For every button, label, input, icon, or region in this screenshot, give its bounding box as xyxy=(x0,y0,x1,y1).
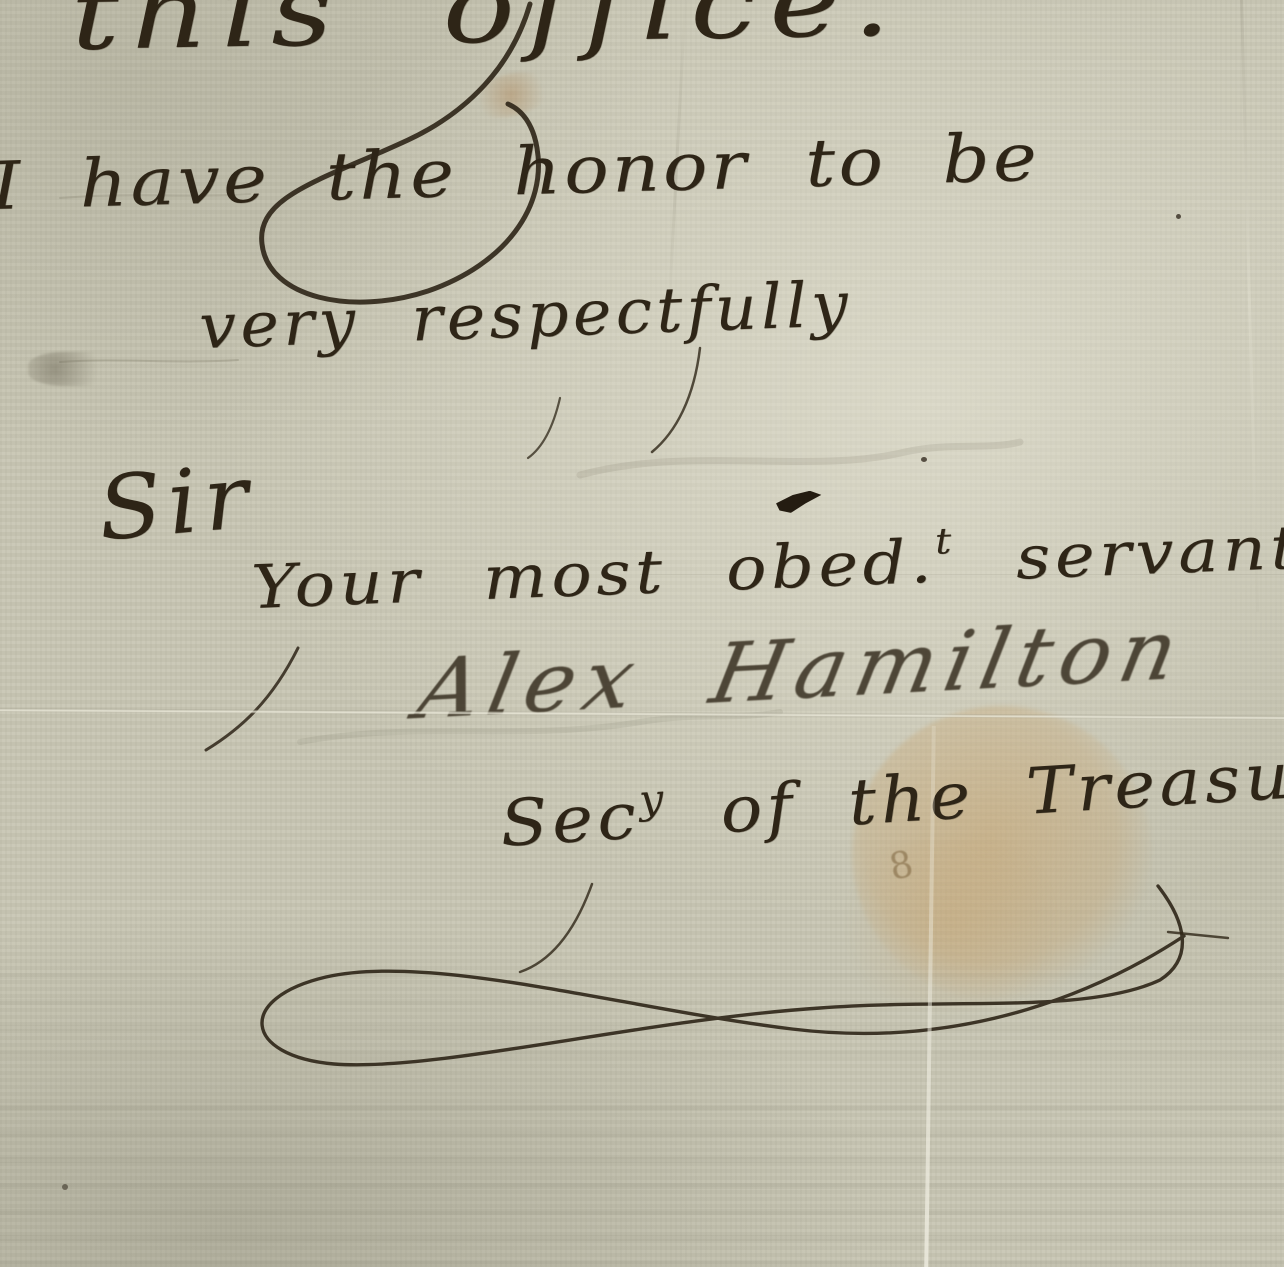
title-superscript: y xyxy=(638,776,669,824)
ink-speck xyxy=(1176,214,1181,219)
ink-speck xyxy=(921,457,927,462)
valediction-superscript: t xyxy=(934,521,956,563)
letter-photo: 8 this office. I have the honor to be ve… xyxy=(0,0,1284,1267)
line-sir: Sir xyxy=(94,444,258,560)
valediction-post: servant xyxy=(955,513,1284,596)
ink-speck xyxy=(62,1184,68,1190)
title-pre: Sec xyxy=(498,779,642,861)
